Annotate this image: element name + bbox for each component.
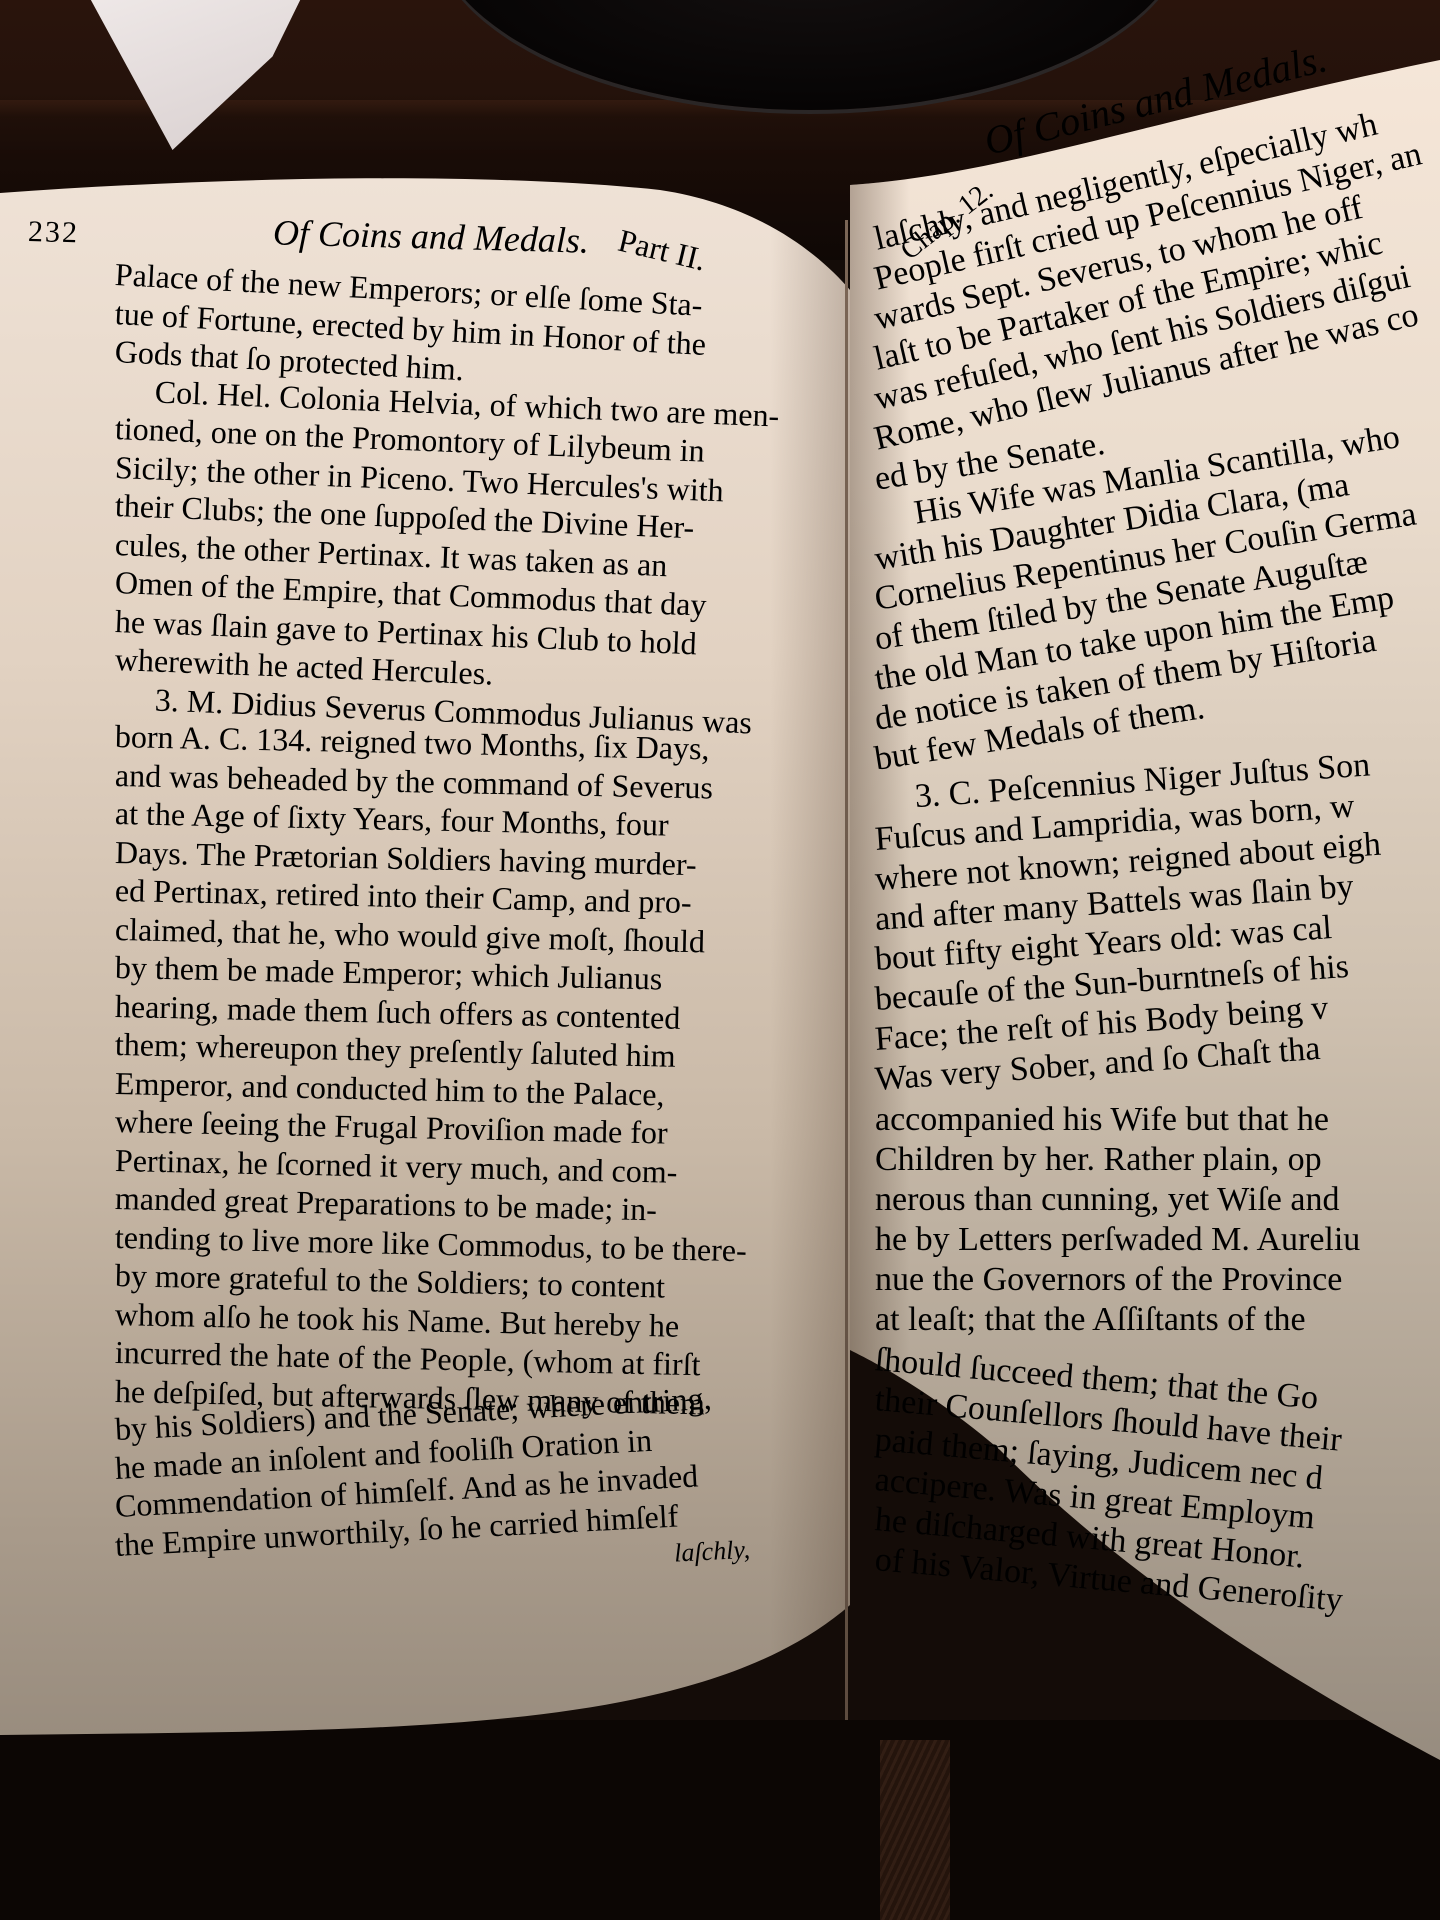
text-line: nerous than cunning, yet Wiſe and [875,1180,1440,1220]
dark-table-surface [0,1720,1440,1920]
text-line: accompanied his Wife but that he [875,1100,1440,1140]
left-page-body: Palace of the new Emperors; or elſe ſome… [115,255,835,1603]
book-gutter [845,220,848,1720]
text-line: he by Letters perſwaded M. Aureliu [875,1220,1440,1260]
text-line: nue the Governors of the Province [875,1260,1440,1300]
text-line: Children by her. Rather plain, op [875,1140,1440,1180]
book-spine-binding [880,1740,950,1920]
page-number: 232 [28,215,80,250]
text-line: at leaſt; that the Aſſiſtants of the [875,1300,1440,1340]
right-page-body: laſchly, and negligently, eſpecially wh … [875,220,1440,1580]
photo-scene: 232 Of Coins and Medals. Part II. Palace… [0,0,1440,1920]
